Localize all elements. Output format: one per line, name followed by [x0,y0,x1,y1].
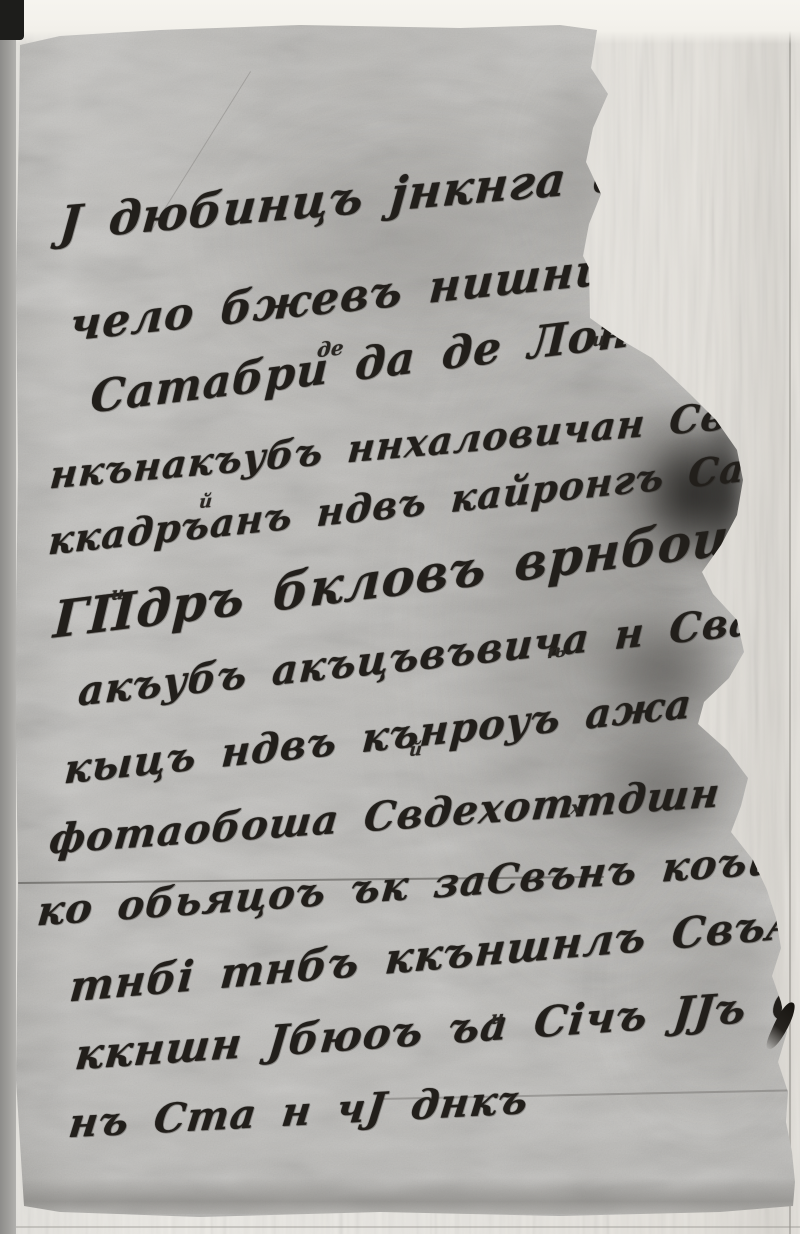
superscript-mark: и [490,1007,505,1029]
backing-seam-line [789,0,791,1234]
superscript-mark: ѣ [547,640,567,663]
backing-bottom-edge-line [0,1226,800,1228]
superscript-mark: и [110,583,125,605]
superscript-mark: й [198,491,213,513]
handwriting-line: нъ Ста н чЈ днкъ [66,1076,531,1147]
superscript-mark: и [592,329,607,352]
manuscript-scan: Ј дюбинцъ јнкнга адръвичъчело бжевъ нишн… [0,0,800,1234]
superscript-mark: й [408,739,423,761]
superscript-mark: де [316,335,344,362]
bottom-fold-shadow [14,1178,798,1214]
left-scanner-strip [0,0,16,1234]
top-left-corner-mark [0,0,24,40]
superscript-mark: х [570,797,583,819]
